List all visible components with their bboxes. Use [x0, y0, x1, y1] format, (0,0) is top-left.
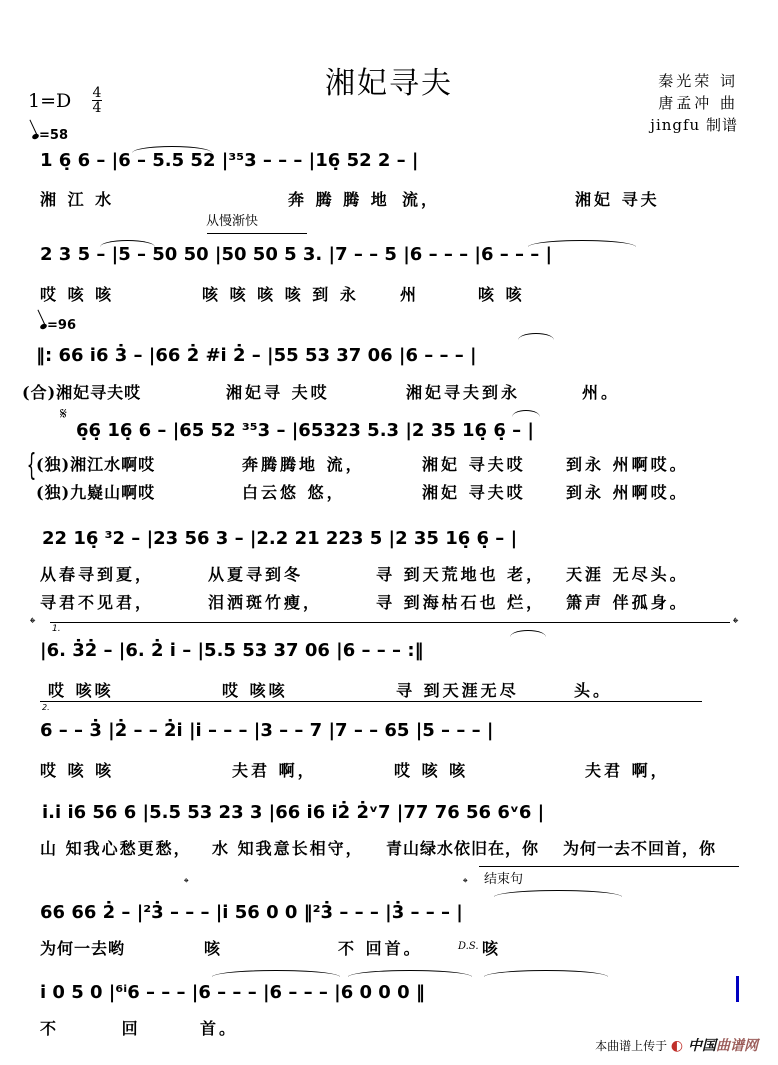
- lyric-verse-1: 从春寻到夏，: [40, 562, 154, 585]
- lyric: 水 知我意长相守，: [212, 836, 364, 859]
- lyric: 夫君 啊，: [585, 758, 670, 781]
- tie-icon: [512, 410, 540, 417]
- lyric: 州。: [582, 380, 620, 403]
- composer-credit: 唐孟冲 曲: [658, 92, 738, 113]
- lyric-verse-1: 湘妃 寻夫哎: [422, 452, 526, 475]
- lyricist-credit: 秦光荣 词: [658, 70, 738, 91]
- ending-label: 结束句: [484, 868, 523, 887]
- lyric: 不 回首。: [338, 936, 423, 959]
- coda-icon: 𝄌: [463, 876, 468, 891]
- lyric-verse-1: 到永 州啊哎。: [566, 452, 689, 475]
- lyric: 湘妃寻 夫哎: [226, 380, 330, 403]
- lyric: 哎 咳 咳: [40, 758, 114, 781]
- lyric-verse-2: 到永 州啊哎。: [566, 480, 689, 503]
- lyric: 湘妃寻夫到永: [406, 380, 520, 403]
- ending-bracket: [479, 866, 739, 867]
- lyric: 流，: [402, 187, 440, 210]
- staff-line-3: ‖: 66 i6 3̇ – |66 2̇ #i 2̇ – |55 53 37 0…: [36, 345, 746, 366]
- tempo-direction: 从慢渐快: [206, 210, 258, 229]
- tie-icon: [484, 970, 608, 977]
- dal-segno-marking: D.S.: [458, 941, 479, 952]
- staff-line-1: 1 6̣ 6 – |6 – 5.5 52 |³⁵3 – – – |16̣ 52 …: [40, 150, 740, 171]
- tie-icon: [348, 970, 472, 977]
- lyric-verse-2: 白云悠 悠，: [242, 480, 346, 503]
- lyric: 为何一去不回首，你: [563, 836, 716, 859]
- lyric: 湘 江 水: [40, 187, 114, 210]
- tie-icon: [528, 240, 636, 247]
- coda-icon: 𝄌: [30, 614, 35, 632]
- tie-icon: [510, 630, 546, 637]
- staff-line-9: 66 66 2̇ – |²3̇ – – – |i 56 0 0 ‖²3̇ – –…: [40, 902, 750, 923]
- tempo-marking: =96: [40, 318, 76, 333]
- staff-line-10: i 0 5 0 |⁶ⁱ6 – – – |6 – – – |6 – – – |6 …: [40, 982, 740, 1003]
- lyric: 湘妃 寻夫: [575, 187, 660, 210]
- volta-label-2: 2.: [42, 703, 50, 712]
- lyric: 山 知我心愁更愁，: [40, 836, 192, 859]
- site-logo[interactable]: ◐ 中国曲谱网: [671, 1035, 758, 1055]
- lyric-verse-2: 泪洒斑竹瘦，: [208, 590, 322, 613]
- tempo-marking-initial: =58: [32, 128, 68, 143]
- lyric-verse-2: 箫声 伴孤身。: [566, 590, 689, 613]
- lyric: 夫君 啊，: [232, 758, 317, 781]
- tie-icon: [132, 146, 212, 153]
- final-barline: [736, 976, 739, 1002]
- staff-line-5: 22 16̣ ³2 – |23 56 3 – |2.2 21 223 5 |2 …: [42, 528, 746, 549]
- staff-line-6: |6. 3̇2̇ – |6. 2̇ i – |5.5 53 37 06 |6 –…: [40, 640, 750, 661]
- lyric: 青山绿水依旧在，你: [386, 836, 539, 859]
- lyric: 寻 到天涯无尽: [396, 678, 519, 701]
- tie-icon: [100, 240, 155, 247]
- staff-line-7: 6 – – 3̇ |2̇ – – 2̇i |i – – – |3 – – 7 |…: [40, 720, 750, 741]
- volta-bracket-2: [40, 701, 702, 702]
- coda-icon: 𝄌: [184, 876, 189, 891]
- lyric: 哎 咳咳: [222, 678, 288, 701]
- lyric: 奔 腾 腾 地: [288, 187, 390, 210]
- lyric: (合)湘妃寻夫哎: [22, 380, 141, 403]
- verse-brace-icon: {: [27, 448, 37, 483]
- lyric: 不 回: [40, 1016, 168, 1039]
- bracket-line: [207, 233, 307, 234]
- staff-line-8: i.i i6 56 6 |5.5 53 23 3 |66 i6 i2̇ 2̇ᵛ7…: [42, 802, 752, 823]
- tie-icon: [518, 333, 554, 340]
- coda-icon: 𝄌: [733, 614, 738, 632]
- lyric: 咳 咳: [478, 282, 525, 305]
- lyric-verse-2: 寻 到海枯石也 烂，: [376, 590, 545, 613]
- lyric: 首。: [200, 1016, 238, 1039]
- lyric-verse-1: (独)湘江水啊哎: [36, 452, 155, 475]
- tie-icon: [494, 890, 622, 897]
- lyric: 为何一去哟: [40, 936, 125, 959]
- upload-watermark: 本曲谱上传于 ◐ 中国曲谱网: [595, 1035, 758, 1055]
- lyric-verse-1: 天涯 无尽头。: [566, 562, 689, 585]
- lyric: 哎 咳 咳: [40, 282, 114, 305]
- lyric-verse-2: 寻君不见君，: [40, 590, 154, 613]
- staff-line-2: 2 3 5 – |5 – 50 50 |50 50 5 3. |7 – – 5 …: [40, 244, 740, 265]
- staff-line-4: 6̣6̣ 16̣ 6 – |65 52 ³⁵3 – |65323 5.3 |2 …: [76, 420, 746, 441]
- lyric: 哎 咳 咳: [394, 758, 468, 781]
- lyric: 哎 咳咳: [48, 678, 114, 701]
- lyric: 头。: [574, 678, 612, 701]
- lyric-verse-1: 奔腾腾地 流，: [242, 452, 365, 475]
- arranger-credit: jingfu 制谱: [650, 114, 738, 135]
- volta-bracket-1: [50, 622, 730, 623]
- volta-label-1: 1.: [52, 624, 61, 634]
- lyric: 咳: [204, 936, 223, 959]
- site-logo-icon: ◐: [671, 1038, 683, 1054]
- lyric: 咳 咳 咳 咳 到 永: [202, 282, 359, 305]
- segno-icon: 𝄋: [60, 404, 67, 424]
- lyric-verse-2: 湘妃 寻夫哎: [422, 480, 526, 503]
- lyric: 咳: [482, 936, 501, 959]
- key-signature: 1=D: [28, 90, 71, 112]
- tie-icon: [212, 970, 340, 977]
- lyric: 州: [400, 282, 419, 305]
- lyric-verse-1: 从夏寻到冬: [208, 562, 303, 585]
- lyric-verse-2: (独)九嶷山啊哎: [36, 480, 155, 503]
- lyric-verse-1: 寻 到天荒地也 老，: [376, 562, 545, 585]
- time-signature: 4 4: [92, 86, 102, 115]
